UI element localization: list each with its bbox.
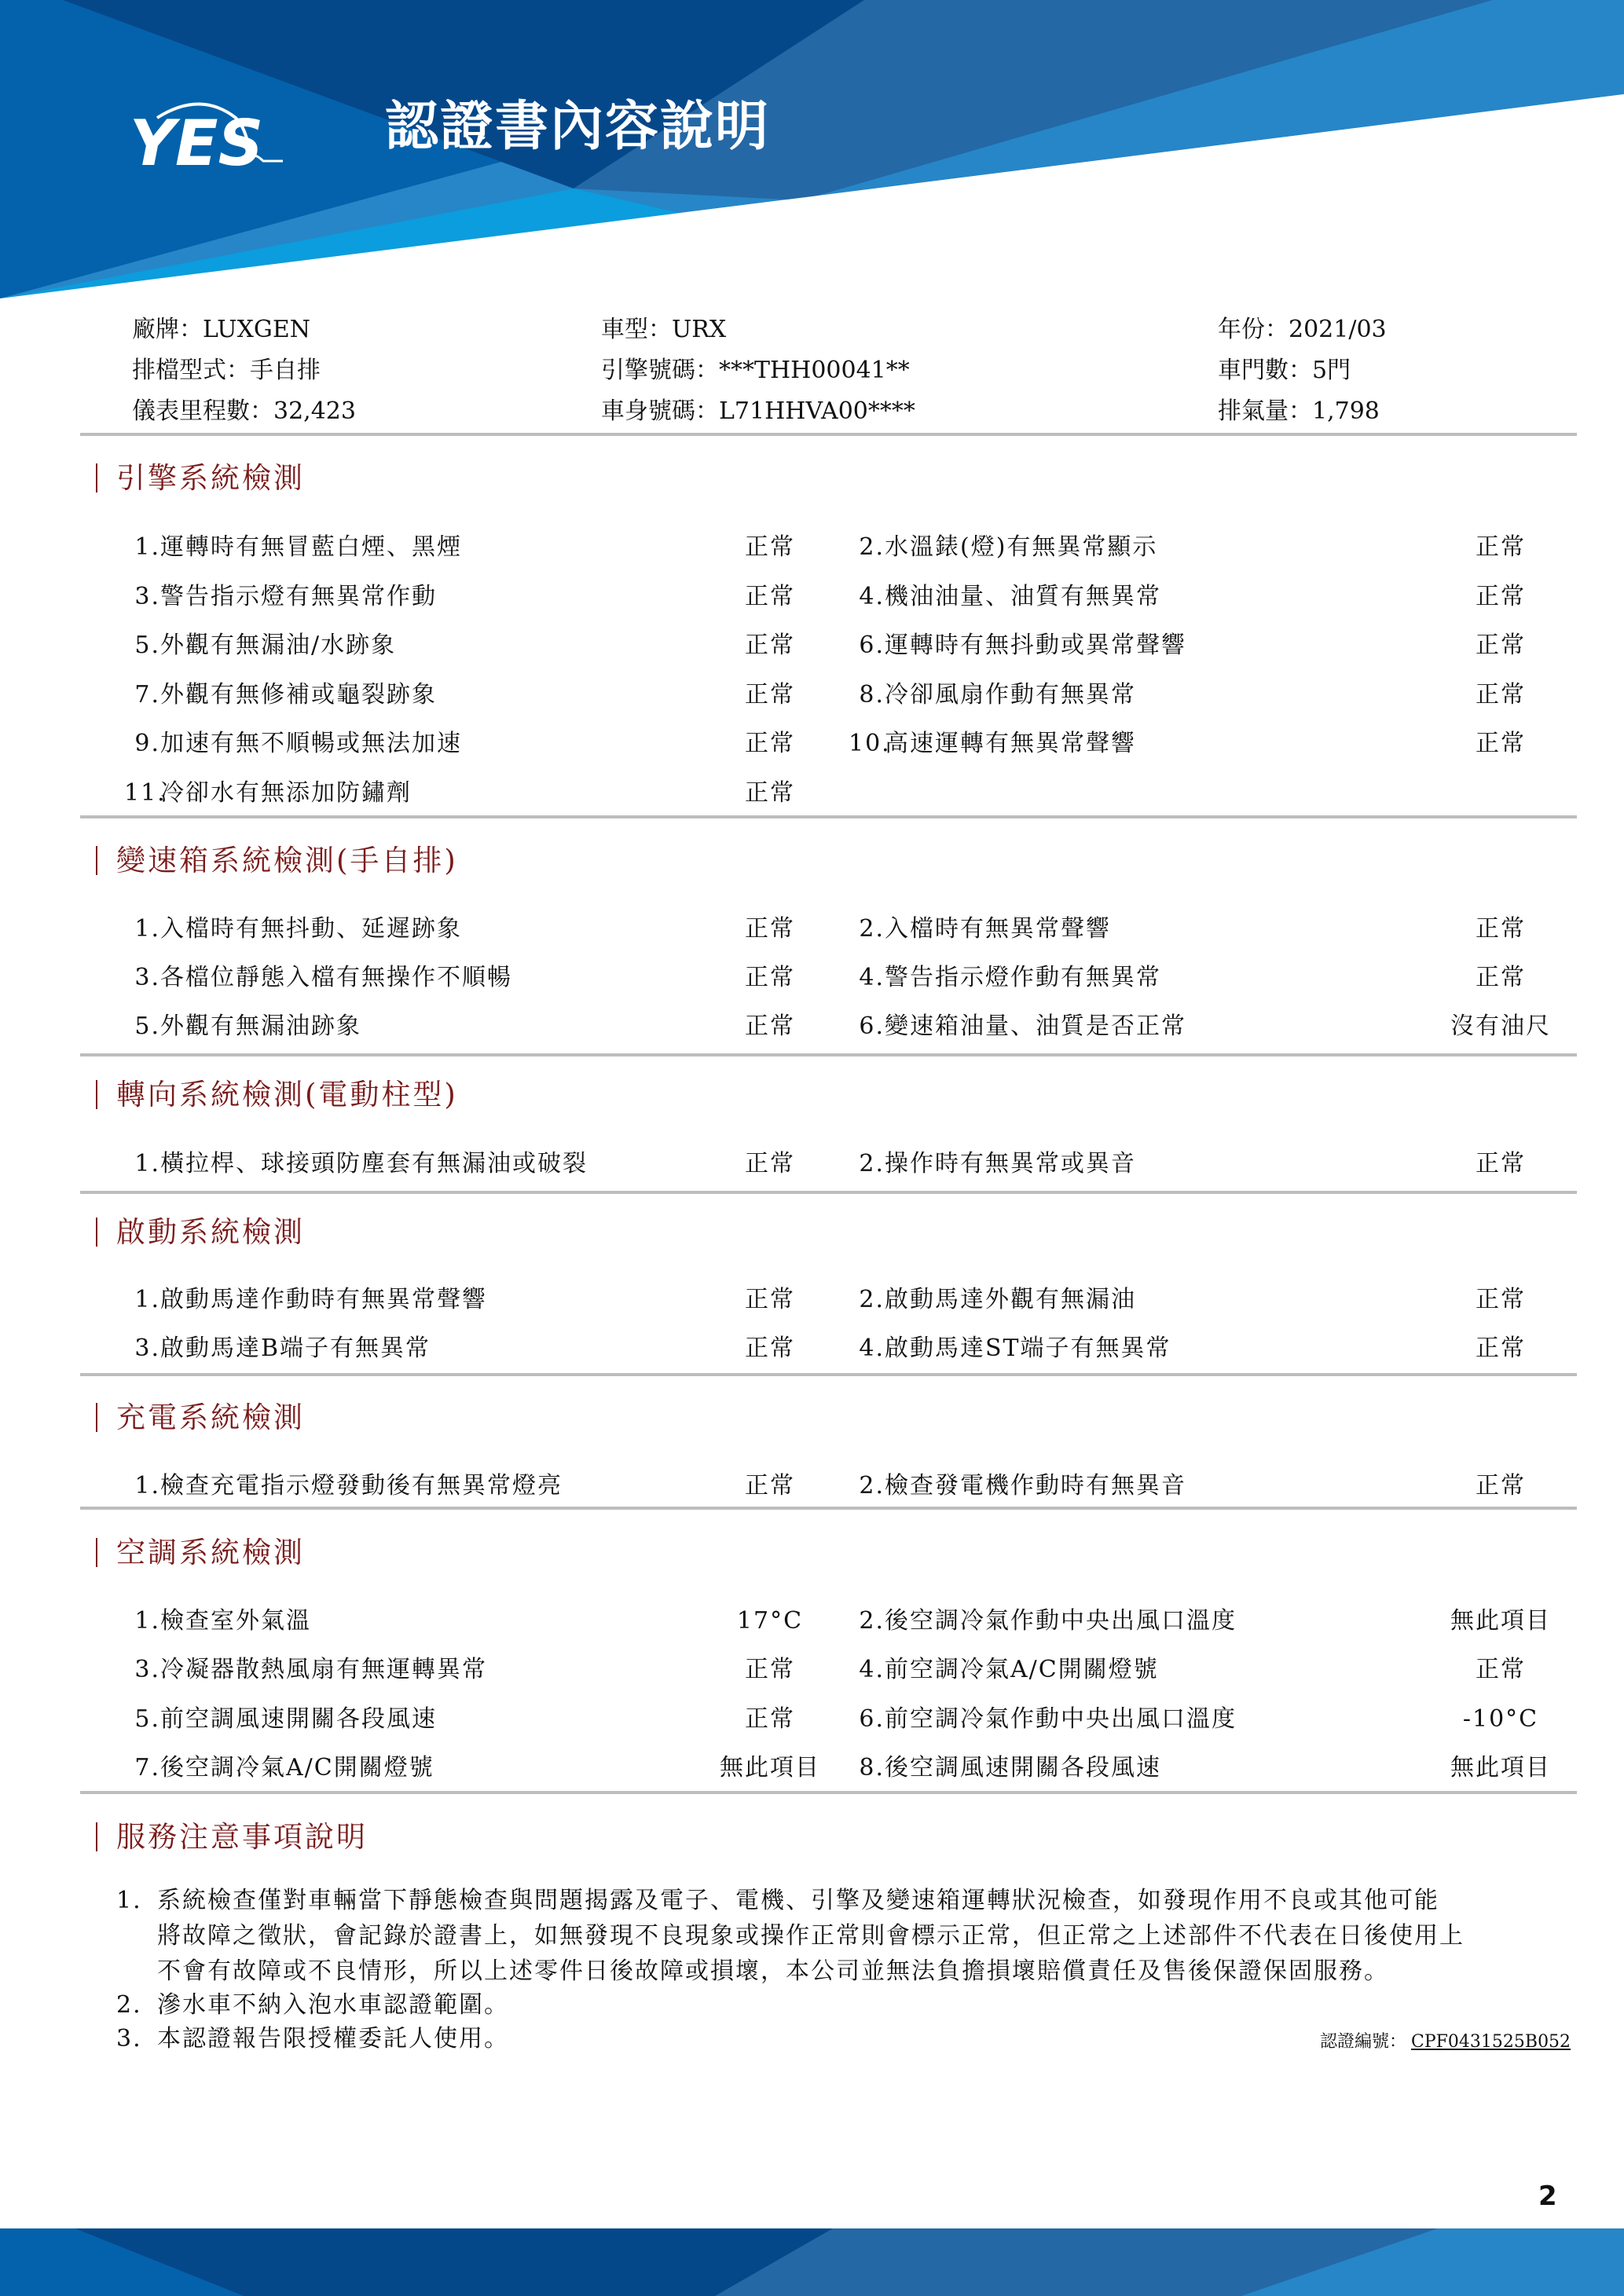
check-item: 3.啟動馬達B端子有無異常 [124, 1337, 431, 1360]
info-body-no: 車身號碼：L71HHVA00**** [601, 400, 915, 423]
divider [80, 1373, 1577, 1376]
check-item: 1.啟動馬達作動時有無異常聲響 [124, 1288, 487, 1312]
check-result: 正常 [699, 782, 841, 805]
info-displacement: 排氣量：1,798 [1218, 400, 1380, 423]
check-item: 4.啟動馬達ST端子有無異常 [849, 1337, 1171, 1360]
check-result: 正常 [699, 683, 841, 707]
check-item: 6.運轉時有無抖動或異常聲響 [849, 634, 1186, 657]
check-result: 正常 [1430, 1474, 1571, 1498]
check-result: 正常 [699, 1474, 841, 1498]
check-item: 1.檢查充電指示燈發動後有無異常燈亮 [124, 1474, 563, 1498]
check-item: 4.前空調冷氣A/C開關燈號 [849, 1658, 1159, 1682]
check-result: 正常 [699, 1658, 841, 1682]
check-result: 無此項目 [1430, 1609, 1571, 1633]
check-result: 正常 [699, 966, 841, 990]
check-result: 正常 [1430, 634, 1571, 657]
info-transmission-type: 排檔型式：手自排 [132, 359, 321, 383]
check-result: -10°C [1430, 1708, 1571, 1731]
check-result: 正常 [1430, 1658, 1571, 1682]
section-title-charging: 充電系統檢測 [96, 1403, 305, 1432]
info-engine-no: 引擎號碼：***THH00041** [601, 359, 910, 383]
check-item: 3.各檔位靜態入檔有無操作不順暢 [124, 966, 512, 990]
section-title-air-conditioning: 空調系統檢測 [96, 1538, 305, 1567]
check-result: 無此項目 [699, 1756, 841, 1780]
note-1-line-1: 系統檢查僅對車輛當下靜態檢查與問題揭露及電子、電機、引擎及變速箱運轉狀況檢查，如… [157, 1889, 1439, 1913]
check-result: 正常 [1430, 1337, 1571, 1360]
check-item: 2.入檔時有無異常聲響 [849, 917, 1111, 941]
note-3-line-1: 本認證報告限授權委託人使用。 [157, 2027, 509, 2051]
section-title-starter: 啟動系統檢測 [96, 1218, 305, 1247]
note-3-num: 3. [116, 2027, 142, 2051]
check-item: 4.機油油量、油質有無異常 [849, 585, 1161, 609]
section-title-engine: 引擎系統檢測 [96, 463, 305, 493]
check-result: 正常 [699, 917, 841, 941]
cert-number: CPF0431525B052 [1406, 2032, 1575, 2052]
divider [80, 1507, 1577, 1510]
check-item: 6.變速箱油量、油質是否正常 [849, 1015, 1186, 1038]
check-item: 4.警告指示燈作動有無異常 [849, 966, 1161, 990]
check-item: 1.橫拉桿、球接頭防塵套有無漏油或破裂 [124, 1152, 588, 1176]
info-model: 車型：URX [601, 318, 726, 342]
check-item: 5.外觀有無漏油跡象 [124, 1015, 361, 1038]
note-1-line-3: 不會有故障或不良情形，所以上述零件日後故障或損壞，本公司並無法負擔損壞賠償責任及… [157, 1960, 1389, 1983]
info-brand: 廠牌：LUXGEN [132, 318, 310, 342]
check-item: 6.前空調冷氣作動中央出風口溫度 [849, 1708, 1237, 1731]
certification-number: 認證編號：CPF0431525B052 [1320, 2028, 1575, 2052]
svg-text:YES: YES [130, 107, 263, 180]
check-item: 1.入檔時有無抖動、延遲跡象 [124, 917, 462, 941]
check-result: 正常 [1430, 683, 1571, 707]
check-item: 8.冷卻風扇作動有無異常 [849, 683, 1136, 707]
check-result: 正常 [1430, 585, 1571, 609]
section-title-service-notes: 服務注意事項說明 [96, 1822, 368, 1851]
check-result: 沒有油尺 [1430, 1015, 1571, 1038]
check-result: 正常 [1430, 536, 1571, 559]
check-item: 1.運轉時有無冒藍白煙、黑煙 [124, 536, 462, 559]
divider [80, 1791, 1577, 1794]
check-item: 2.檢查發電機作動時有無異音 [849, 1474, 1186, 1498]
note-1-line-2: 將故障之徵狀，會記錄於證書上，如無發現不良現象或操作正常則會標示正常，但正常之上… [157, 1924, 1465, 1948]
info-doors: 車門數：5門 [1218, 359, 1351, 383]
check-item: 3.警告指示燈有無異常作動 [124, 585, 437, 609]
check-item: 7.外觀有無修補或龜裂跡象 [124, 683, 437, 707]
check-item: 5.前空調風速開關各段風速 [124, 1708, 437, 1731]
check-item: 2.後空調冷氣作動中央出風口溫度 [849, 1609, 1237, 1633]
check-result: 正常 [699, 732, 841, 756]
section-title-transmission: 變速箱系統檢測(手自排) [96, 846, 458, 875]
page-number: 2 [1538, 2181, 1557, 2212]
check-result: 正常 [699, 1708, 841, 1731]
check-item: 1.檢查室外氣溫 [124, 1609, 311, 1633]
check-item: 2.操作時有無異常或異音 [849, 1152, 1136, 1176]
note-2-line-1: 滲水車不納入泡水車認證範圍。 [157, 1994, 509, 2017]
note-1-num: 1. [116, 1889, 142, 1913]
yes-logo: YES [126, 94, 361, 181]
check-item: 9.加速有無不順暢或無法加速 [124, 732, 462, 756]
divider [80, 815, 1577, 818]
check-result: 正常 [699, 585, 841, 609]
check-item: 3.冷凝器散熱風扇有無運轉異常 [124, 1658, 487, 1682]
check-result: 正常 [699, 1152, 841, 1176]
info-odometer: 儀表里程數：32,423 [132, 400, 356, 423]
divider [80, 1191, 1577, 1194]
page-title: 認證書內容說明 [385, 101, 770, 154]
check-item: 10.高速運轉有無異常聲響 [849, 732, 1136, 756]
check-item: 8.後空調風速開關各段風速 [849, 1756, 1161, 1780]
check-result: 正常 [699, 634, 841, 657]
cert-label: 認證編號： [1320, 2032, 1406, 2052]
check-item: 11.冷卻水有無添加防鏽劑 [124, 782, 412, 805]
check-result: 正常 [1430, 732, 1571, 756]
divider [80, 433, 1577, 436]
check-result: 正常 [699, 1288, 841, 1312]
check-result: 正常 [1430, 966, 1571, 990]
check-result: 正常 [1430, 1288, 1571, 1312]
check-result: 正常 [699, 1015, 841, 1038]
check-result: 正常 [1430, 1152, 1571, 1176]
check-result: 正常 [1430, 917, 1571, 941]
divider [80, 1053, 1577, 1056]
section-title-steering: 轉向系統檢測(電動柱型) [96, 1080, 458, 1109]
check-result: 正常 [699, 536, 841, 559]
check-result: 17°C [699, 1609, 841, 1633]
check-item: 2.水溫錶(燈)有無異常顯示 [849, 536, 1157, 559]
note-2-num: 2. [116, 1994, 142, 2017]
check-result: 無此項目 [1430, 1756, 1571, 1780]
check-item: 5.外觀有無漏油/水跡象 [124, 634, 396, 657]
check-item: 2.啟動馬達外觀有無漏油 [849, 1288, 1136, 1312]
info-year: 年份：2021/03 [1218, 318, 1387, 342]
check-item: 7.後空調冷氣A/C開關燈號 [124, 1756, 434, 1780]
footer-banner [0, 2228, 1624, 2296]
check-result: 正常 [699, 1337, 841, 1360]
